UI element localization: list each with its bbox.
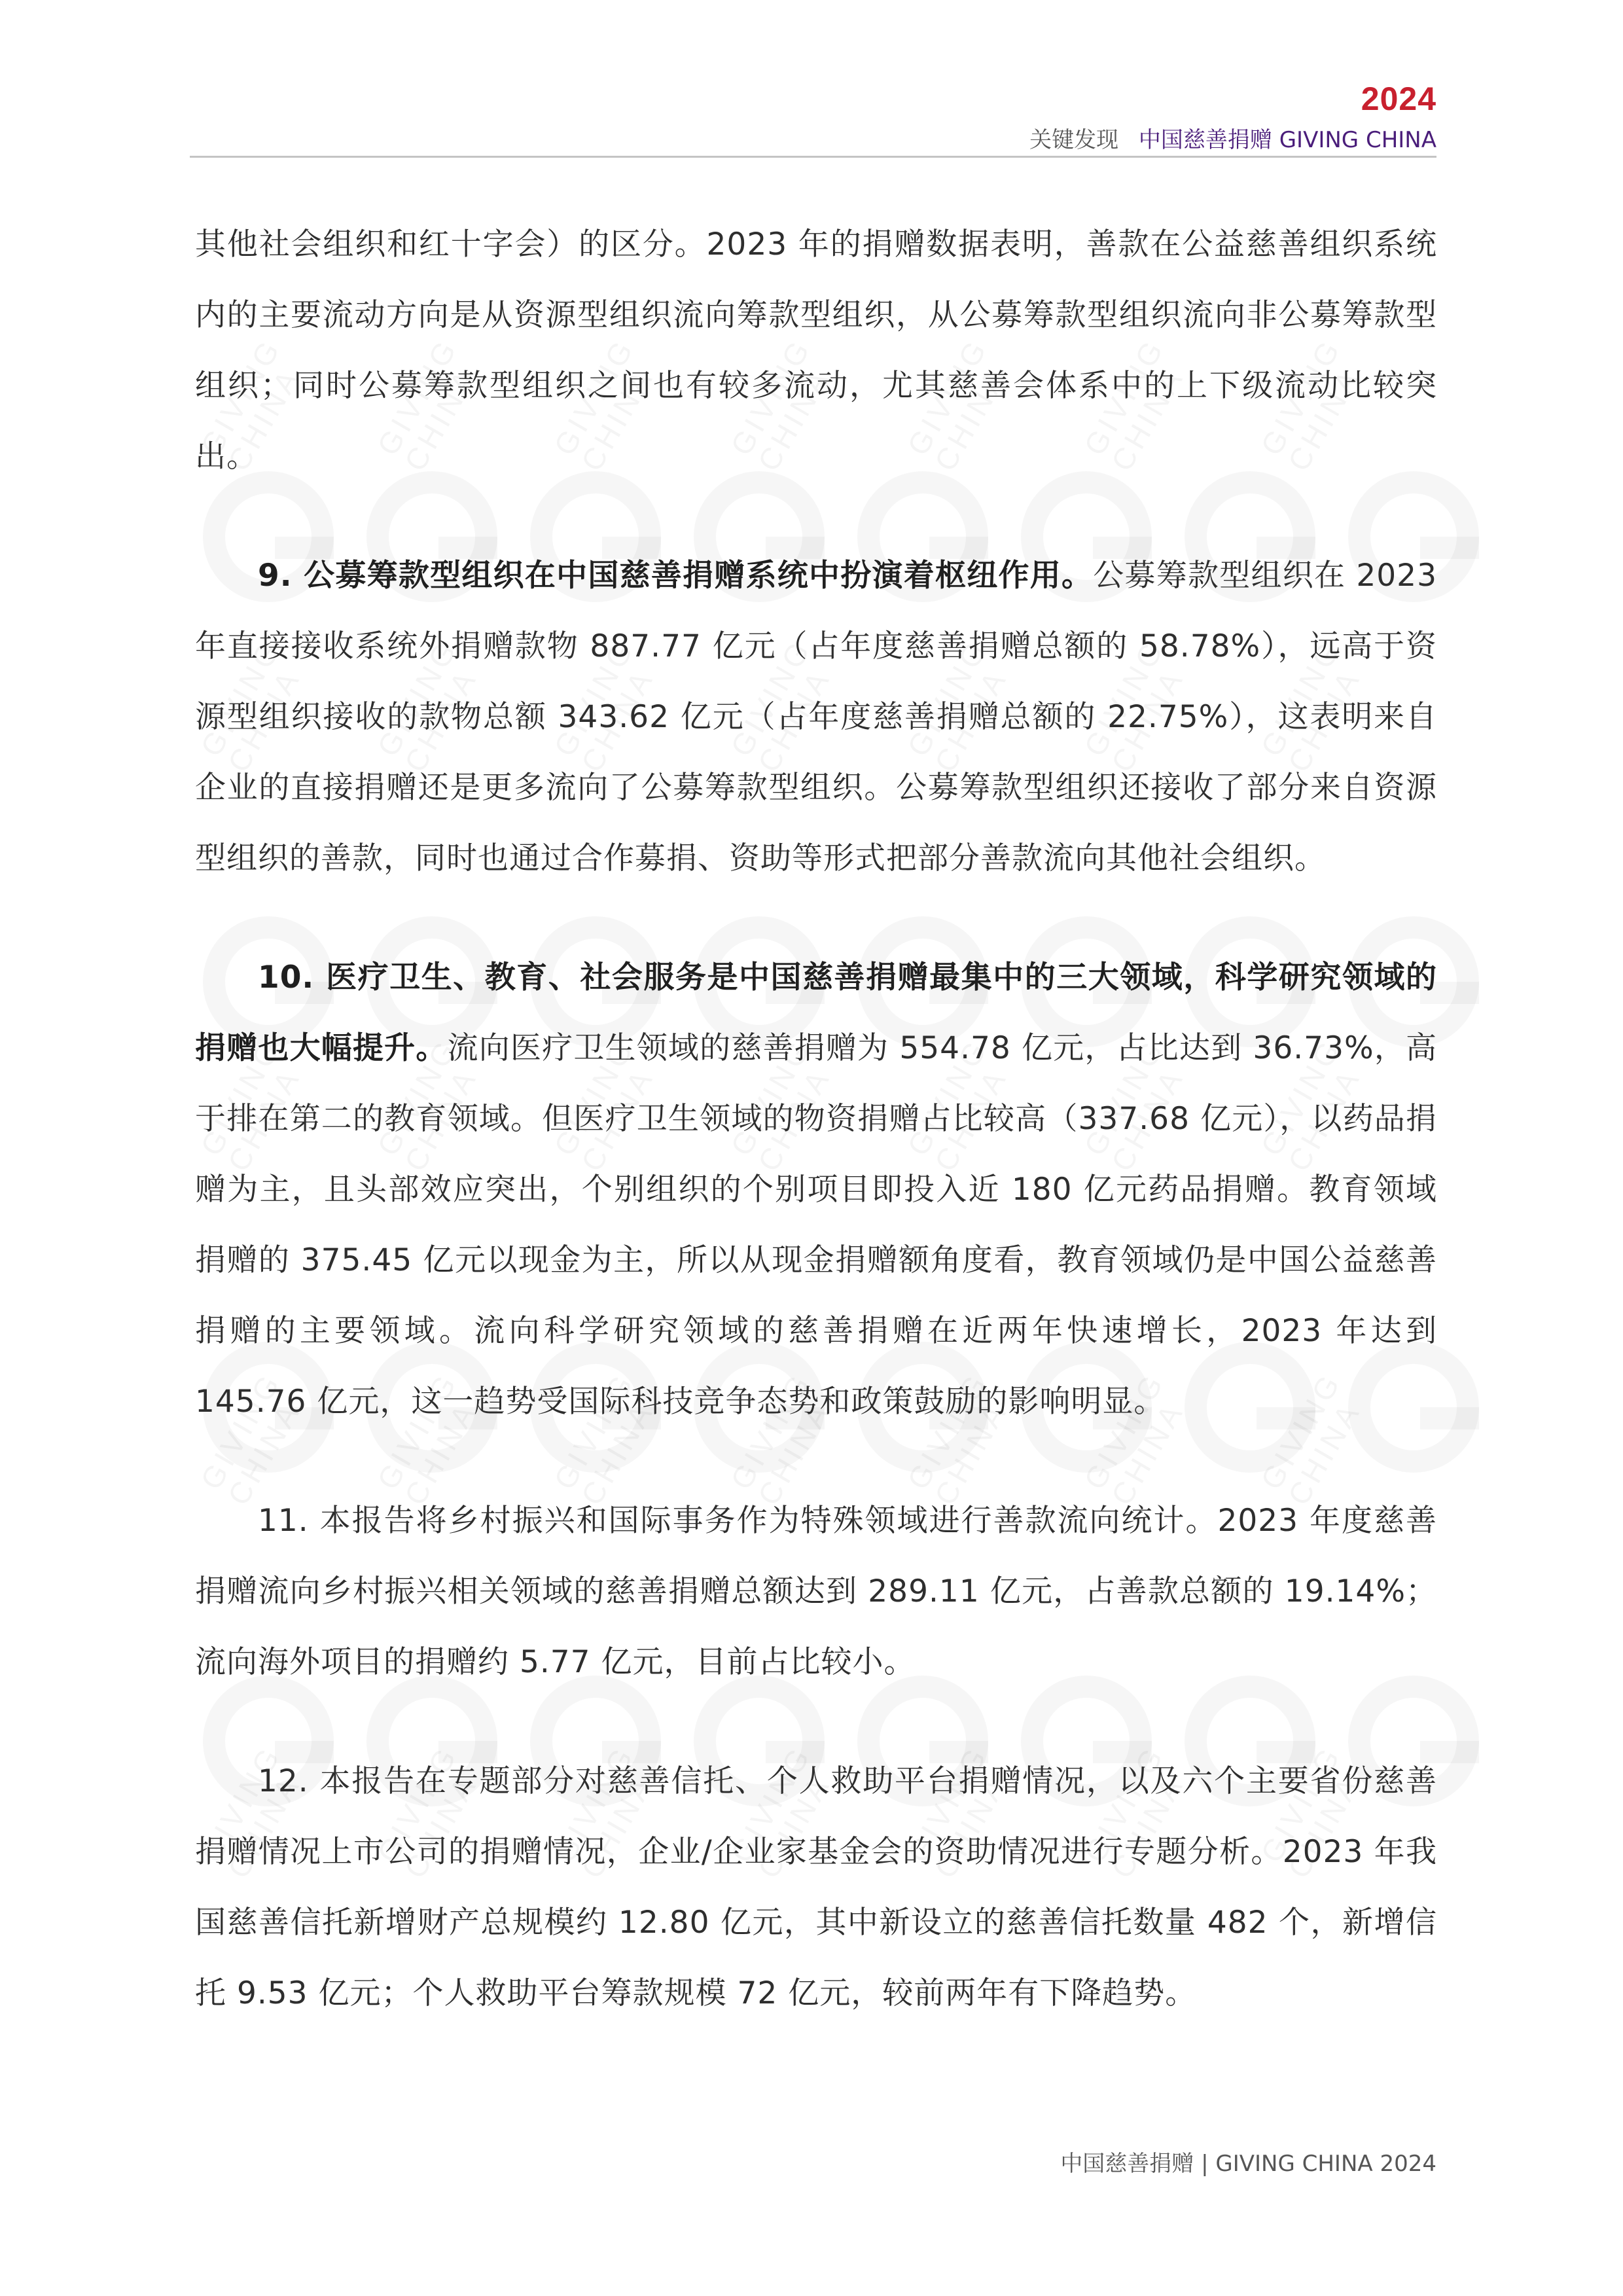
header-year: 2024 — [1361, 80, 1436, 118]
header-section-title: 关键发现 — [1029, 127, 1118, 153]
page-body: 其他社会组织和红十字会）的区分。2023 年的捐赠数据表明，善款在公益慈善组织系… — [195, 209, 1437, 2077]
finding-10: 10. 医疗卫生、教育、社会服务是中国慈善捐赠最集中的三大领域，科学研究领域的捐… — [195, 942, 1437, 1437]
header-title-line: 关键发现 中国慈善捐赠 GIVING CHINA — [1029, 122, 1436, 154]
finding-9-text: 公募筹款型组织在 2023 年直接接收系统外捐赠款物 887.77 亿元（占年度… — [195, 558, 1437, 876]
finding-11-text: 11. 本报告将乡村振兴和国际事务作为特殊领域进行善款流向统计。2023 年度慈… — [195, 1503, 1437, 1680]
finding-9: 9. 公募筹款型组织在中国慈善捐赠系统中扮演着枢纽作用。公募筹款型组织在 202… — [195, 541, 1437, 894]
header-divider — [190, 156, 1436, 158]
paragraph-text: 其他社会组织和红十字会）的区分。2023 年的捐赠数据表明，善款在公益慈善组织系… — [195, 226, 1437, 475]
finding-12-text: 12. 本报告在专题部分对慈善信托、个人救助平台捐赠情况，以及六个主要省份慈善捐… — [195, 1763, 1437, 2011]
paragraph-continuation: 其他社会组织和红十字会）的区分。2023 年的捐赠数据表明，善款在公益慈善组织系… — [195, 209, 1437, 492]
finding-12: 12. 本报告在专题部分对慈善信托、个人救助平台捐赠情况，以及六个主要省份慈善捐… — [195, 1746, 1437, 2029]
header-brand-title: 中国慈善捐赠 GIVING CHINA — [1139, 127, 1436, 153]
finding-9-heading: 9. 公募筹款型组织在中国慈善捐赠系统中扮演着枢纽作用。 — [258, 558, 1093, 594]
finding-10-text: 流向医疗卫生领域的慈善捐赠为 554.78 亿元，占比达到 36.73%，高于排… — [195, 1030, 1437, 1420]
page-header: 2024 关键发现 中国慈善捐赠 GIVING CHINA — [190, 72, 1436, 157]
finding-11: 11. 本报告将乡村振兴和国际事务作为特殊领域进行善款流向统计。2023 年度慈… — [195, 1486, 1437, 1698]
page-footer: 中国慈善捐赠 | GIVING CHINA 2024 — [1060, 2145, 1436, 2178]
